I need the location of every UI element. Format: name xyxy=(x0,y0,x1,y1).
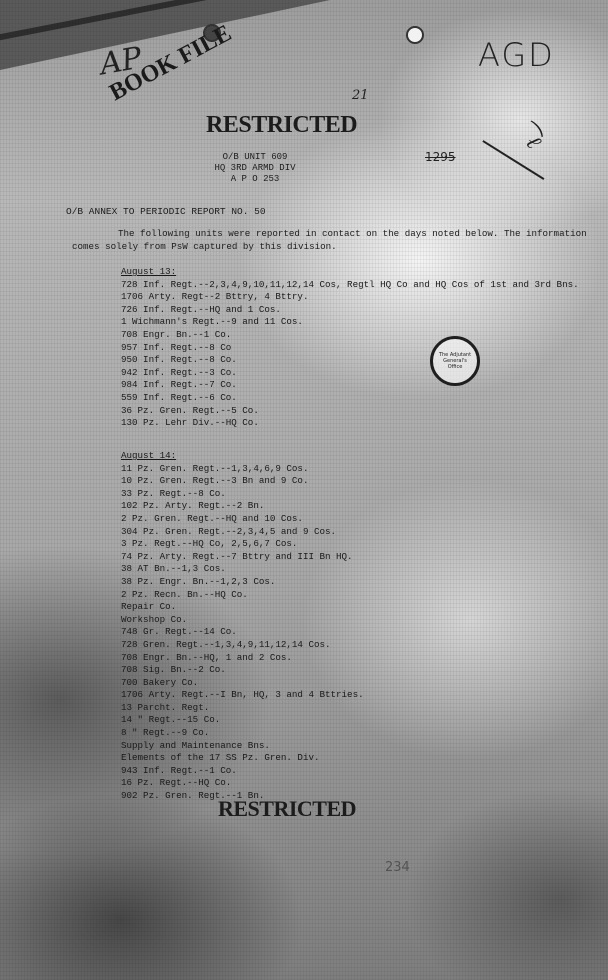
unit-entry: 16 Pz. Regt.--HQ Co. xyxy=(121,777,364,790)
unit-entry: 38 AT Bn.--1,3 Cos. xyxy=(121,563,364,576)
unit-entry: 726 Inf. Regt.--HQ and 1 Cos. xyxy=(121,304,581,317)
unit-entry: 33 Pz. Regt.--8 Co. xyxy=(121,488,364,501)
unit-entry: 1706 Arty. Regt--2 Bttry, 4 Bttry. xyxy=(121,291,581,304)
unit-entry: 38 Pz. Engr. Bn.--1,2,3 Cos. xyxy=(121,576,364,589)
page-mark: 234 xyxy=(385,860,410,875)
restricted-stamp-top: RESTRICTED xyxy=(206,112,357,139)
unit-entry: 102 Pz. Arty. Regt.--2 Bn. xyxy=(121,500,364,513)
document-title: O/B ANNEX TO PERIODIC REPORT NO. 50 xyxy=(66,206,266,217)
intro-paragraph: The following units were reported in con… xyxy=(72,228,587,253)
unit-entry: 957 Inf. Regt.--8 Co xyxy=(121,342,581,355)
unit-entry: 942 Inf. Regt.--3 Co. xyxy=(121,367,581,380)
unit-entry: 13 Parcht. Regt. xyxy=(121,702,364,715)
section-august-13: August 13:728 Inf. Regt.--2,3,4,9,10,11,… xyxy=(121,266,581,430)
document-header: O/B UNIT 609 HQ 3RD ARMD DIV A P O 253 xyxy=(205,152,305,185)
struck-through-number: 1295 xyxy=(425,150,456,164)
header-line: A P O 253 xyxy=(205,174,305,185)
unit-entry: 1 Wichmann's Regt.--9 and 11 Cos. xyxy=(121,316,581,329)
unit-entry: 708 Sig. Bn.--2 Co. xyxy=(121,664,364,677)
unit-entry: 3 Pz. Regt.--HQ Co, 2,5,6,7 Cos. xyxy=(121,538,364,551)
unit-entry: 14 " Regt.--15 Co. xyxy=(121,714,364,727)
header-line: O/B UNIT 609 xyxy=(205,152,305,163)
unit-entry: Workshop Co. xyxy=(121,614,364,627)
unit-entry: Elements of the 17 SS Pz. Gren. Div. xyxy=(121,752,364,765)
unit-entry: 74 Pz. Arty. Regt.--7 Bttry and III Bn H… xyxy=(121,551,364,564)
section-august-14: August 14:11 Pz. Gren. Regt.--1,3,4,6,9 … xyxy=(121,450,364,803)
unit-entry: Supply and Maintenance Bns. xyxy=(121,740,364,753)
unit-entry: 708 Engr. Bn.--1 Co. xyxy=(121,329,581,342)
unit-entry: 708 Engr. Bn.--HQ, 1 and 2 Cos. xyxy=(121,652,364,665)
unit-entry: 748 Gr. Regt.--14 Co. xyxy=(121,626,364,639)
unit-entry: 950 Inf. Regt.--8 Co. xyxy=(121,354,581,367)
unit-entry: 10 Pz. Gren. Regt.--3 Bn and 9 Co. xyxy=(121,475,364,488)
unit-entry: 304 Pz. Gren. Regt.--2,3,4,5 and 9 Cos. xyxy=(121,526,364,539)
unit-entry: 728 Gren. Regt.--1,3,4,9,11,12,14 Cos. xyxy=(121,639,364,652)
scanned-document-page: AP AGD 21 ⁀ℓ BOOK FILE RESTRICTED O/B UN… xyxy=(0,0,608,980)
unit-entry: 559 Inf. Regt.--6 Co. xyxy=(121,392,581,405)
unit-entry: 943 Inf. Regt.--1 Co. xyxy=(121,765,364,778)
unit-entry: 8 " Regt.--9 Co. xyxy=(121,727,364,740)
unit-entry: 984 Inf. Regt.--7 Co. xyxy=(121,379,581,392)
header-line: HQ 3RD ARMD DIV xyxy=(205,163,305,174)
unit-entry: 36 Pz. Gren. Regt.--5 Co. xyxy=(121,405,581,418)
unit-entry: Repair Co. xyxy=(121,601,364,614)
round-stamp-text: The Adjutant General's Office xyxy=(437,352,473,370)
punch-hole-icon xyxy=(406,26,424,44)
restricted-stamp-bottom: RESTRICTED xyxy=(218,796,356,822)
handwritten-agd: AGD xyxy=(478,36,555,74)
unit-entry: 2 Pz. Gren. Regt.--HQ and 10 Cos. xyxy=(121,513,364,526)
section-heading: August 13: xyxy=(121,266,581,279)
unit-entry: 700 Bakery Co. xyxy=(121,677,364,690)
unit-entry: 11 Pz. Gren. Regt.--1,3,4,6,9 Cos. xyxy=(121,463,364,476)
round-office-stamp: The Adjutant General's Office xyxy=(430,336,480,386)
unit-entry: 130 Pz. Lehr Div.--HQ Co. xyxy=(121,417,581,430)
handwritten-number: 21 xyxy=(352,88,369,103)
unit-entry: 2 Pz. Recn. Bn.--HQ Co. xyxy=(121,589,364,602)
unit-entry: 1706 Arty. Regt.--I Bn, HQ, 3 and 4 Bttr… xyxy=(121,689,364,702)
unit-entry: 728 Inf. Regt.--2,3,4,9,10,11,12,14 Cos,… xyxy=(121,279,581,292)
section-heading: August 14: xyxy=(121,450,364,463)
